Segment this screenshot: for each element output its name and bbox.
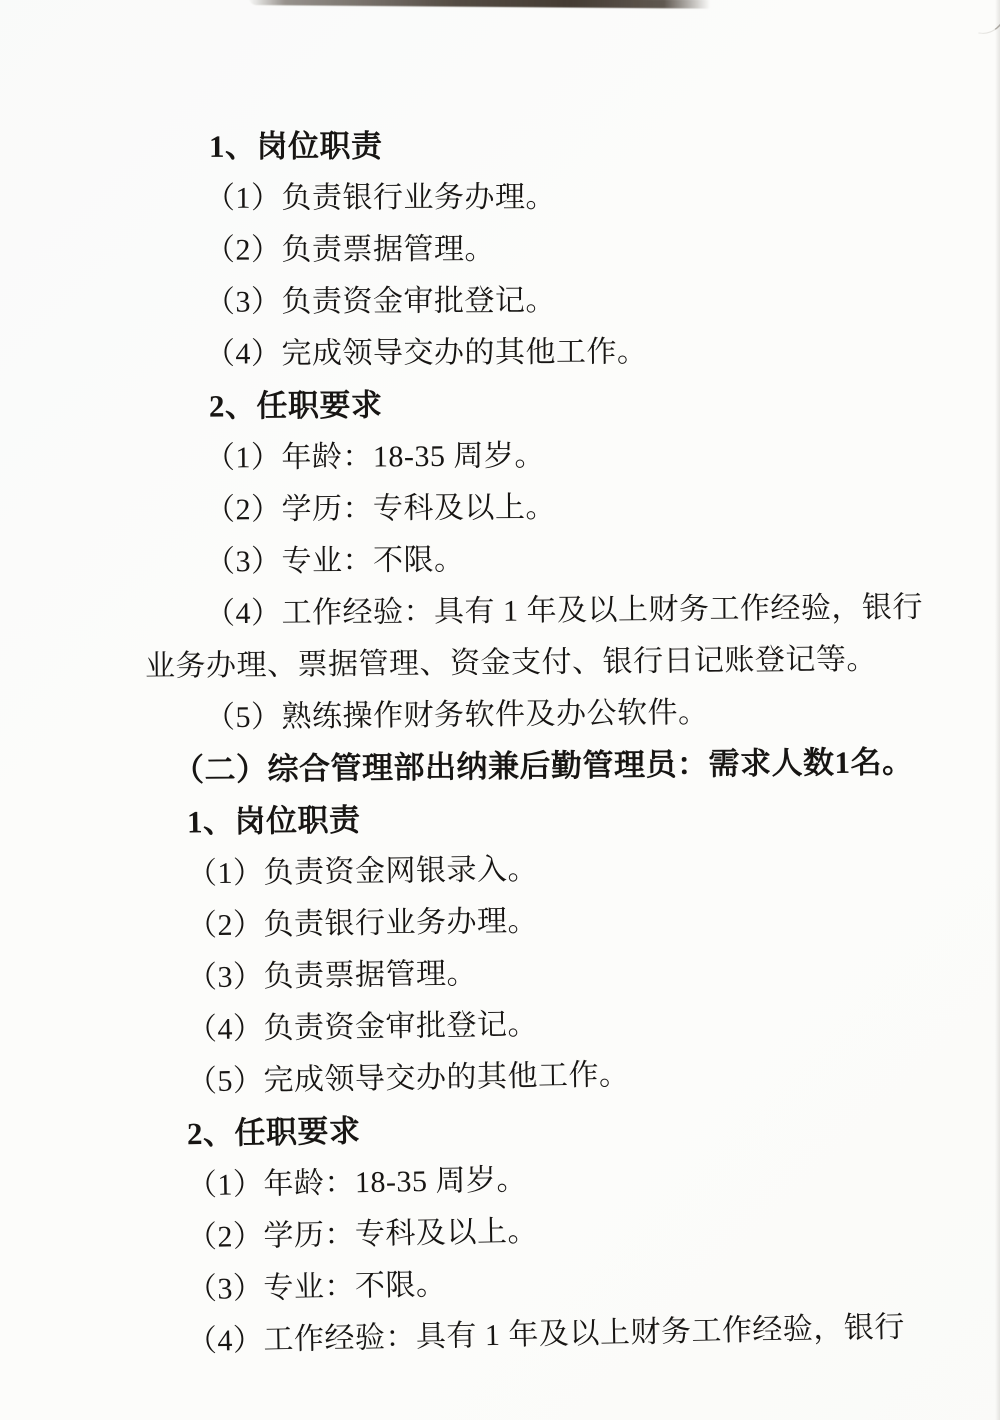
document-body: 1、岗位职责（1）负责银行业务办理。（2）负责票据管理。（3）负责资金审批登记。…	[0, 0, 1000, 1369]
text-line-heading: 1、岗位职责	[145, 119, 960, 173]
text-line-item: （3）专业：不限。	[145, 530, 960, 589]
text-line-item: （4）工作经验：具有 1 年及以上财务工作经验，银行	[145, 582, 960, 641]
text-line-item: （1）负责银行业务办理。	[145, 171, 960, 225]
text-line-item: （2）负责票据管理。	[145, 222, 960, 277]
text-line-item: （5）熟练操作财务软件及办公软件。	[145, 684, 961, 745]
text-line-continuation: 业务办理、票据管理、资金支付、银行日记账登记等。	[145, 633, 960, 693]
text-line-heading: 2、任职要求	[145, 376, 960, 433]
text-line-item: （4）完成领导交办的其他工作。	[145, 325, 960, 381]
text-line-item: （2）学历：专科及以上。	[145, 479, 960, 537]
text-line-item: （3）负责资金审批登记。	[145, 273, 960, 329]
scanned-document-page: 1、岗位职责（1）负责银行业务办理。（2）负责票据管理。（3）负责资金审批登记。…	[0, 0, 1000, 1420]
text-line-item: （1）年龄：18-35 周岁。	[145, 427, 960, 485]
